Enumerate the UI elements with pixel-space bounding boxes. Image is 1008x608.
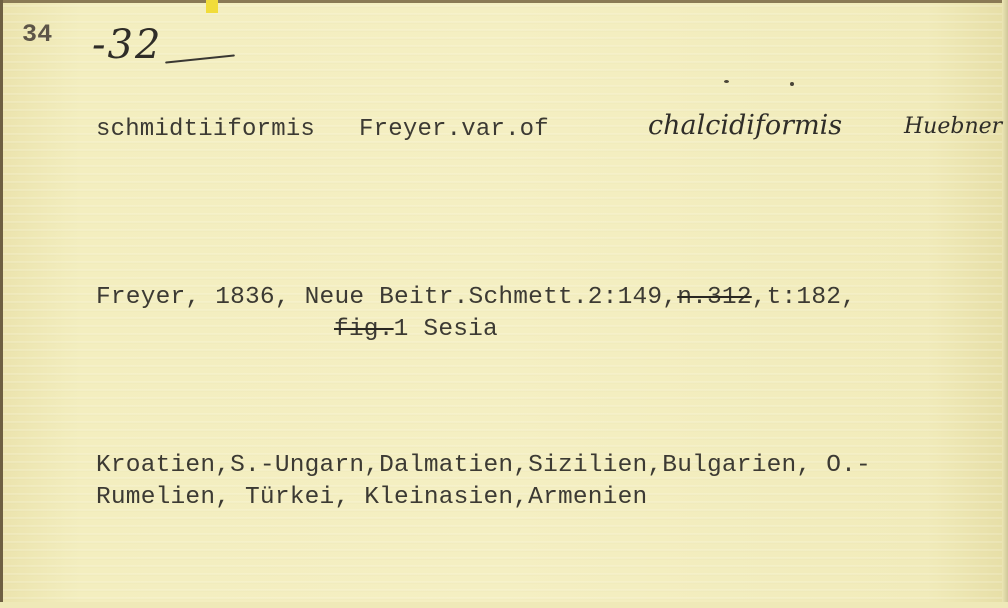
card-left-edge bbox=[0, 0, 3, 608]
ink-speck bbox=[724, 80, 729, 83]
handwritten-underline-stroke bbox=[165, 54, 235, 63]
species-name: schmidtiiformis bbox=[96, 116, 315, 143]
card-top-edge bbox=[0, 0, 1008, 3]
distribution-line-1: Kroatien,S.-Ungarn,Dalmatien,Sizilien,Bu… bbox=[96, 452, 871, 479]
distribution-line-2: Rumelien, Türkei, Kleinasien,Armenien bbox=[96, 484, 647, 511]
card-number-typed: 34 bbox=[22, 20, 52, 49]
ink-speck bbox=[790, 82, 794, 86]
handwritten-parent-author: Huebner bbox=[904, 114, 1002, 139]
struck-text-fig: fig. bbox=[334, 316, 394, 343]
reference-plate: ,t:182, bbox=[752, 284, 856, 311]
reference-citation: Freyer, 1836, Neue Beitr.Schmett.2:149, bbox=[96, 284, 677, 311]
reference-figure-genus: 1 Sesia bbox=[394, 316, 498, 343]
handwritten-parent-species: chalcidiformis bbox=[648, 110, 842, 141]
taxon-status: Freyer.var.of bbox=[359, 116, 549, 143]
index-card: 34 -32 schmidtiiformisFreyer.var.of chal… bbox=[0, 0, 1008, 608]
reference-line-1: Freyer, 1836, Neue Beitr.Schmett.2:149,n… bbox=[96, 284, 856, 311]
card-bottom-edge bbox=[0, 602, 1008, 608]
name-line: schmidtiiformisFreyer.var.of bbox=[96, 116, 549, 143]
card-right-edge bbox=[1002, 0, 1008, 608]
reference-line-2: fig.1 Sesia bbox=[334, 316, 498, 343]
yellow-tab-marker bbox=[206, 0, 218, 13]
card-number-handwritten: -32 bbox=[92, 22, 162, 68]
struck-text-page: n.312 bbox=[677, 284, 752, 311]
